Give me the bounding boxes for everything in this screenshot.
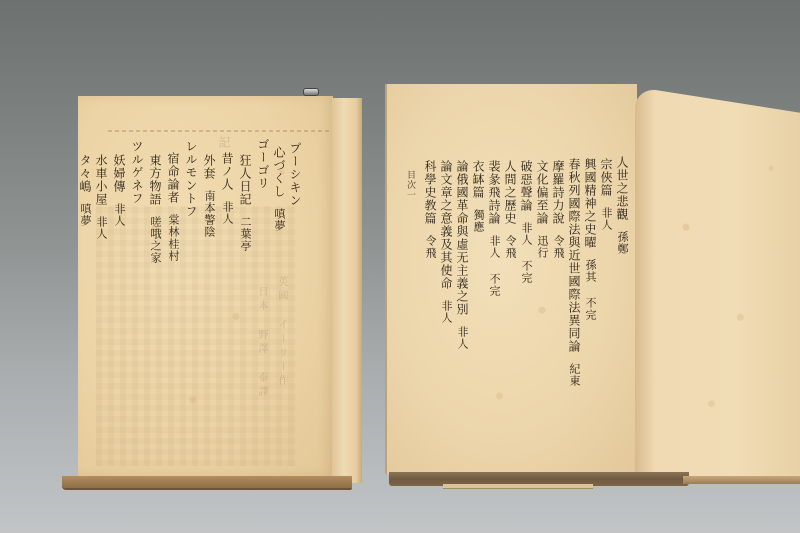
- toc-entry: 宿命論者棠林桂村: [166, 152, 180, 262]
- entry-title: ツルゲネフ: [130, 140, 144, 205]
- toc-entry: 論俄國革命與虛无主義之別非人: [455, 160, 469, 350]
- right-book: 人世之悲觀孫鄭 宗俠篇非人 興國精神之史曜孫其 不完 春秋列國際法與近世國際法異…: [383, 84, 800, 504]
- entry-author: 南本警陰: [203, 190, 216, 238]
- toc-entry: プーシキン: [288, 142, 302, 207]
- toc-entry: 科學史教篇令飛: [423, 160, 437, 259]
- entry-title: レルモントフ: [184, 140, 198, 218]
- right-blank-page: [635, 90, 800, 482]
- entry-title: 東方物語: [148, 154, 162, 206]
- entry-author: 非人: [600, 207, 613, 231]
- toc-entry: 裴彖飛詩論非人 不完: [487, 160, 501, 297]
- entry-title: 昔ノ人: [220, 152, 234, 191]
- entry-author: 令飛: [424, 235, 437, 259]
- foxing-spots: [635, 90, 800, 482]
- entry-author: 孫其 不完: [584, 259, 597, 321]
- entry-title: 論文章之意義及其使命: [439, 160, 453, 290]
- toc-entry: 外套南本警陰: [202, 154, 216, 238]
- entry-author: 非人: [440, 300, 453, 324]
- entry-author: 紀東: [568, 363, 581, 387]
- toc-entry: 春秋列國際法與近世國際法異同論紀東: [567, 158, 581, 387]
- right-page: 人世之悲觀孫鄭 宗俠篇非人 興國精神之史曜孫其 不完 春秋列國際法與近世國際法異…: [385, 84, 637, 474]
- entry-author: 令飛: [552, 235, 565, 259]
- toc-entry: 人間之歷史令飛: [503, 160, 517, 259]
- toc-entry: ゴーゴリ: [256, 138, 270, 190]
- entry-title: 破惡聲論: [519, 160, 533, 212]
- toc-entry: 宗俠篇非人: [599, 158, 613, 231]
- entry-title: 心づくし: [272, 146, 286, 198]
- toc-entry: 東方物語嗟哦之家: [148, 154, 162, 264]
- book-photo-scene: 記 英國 イーリー作 日本 野澤 泰譯 プーシキン 心づくし嗔夢 ゴーゴリ 狂人…: [0, 0, 800, 533]
- left-page-block-edge: [62, 476, 352, 490]
- faint-print-column: 英國 イーリー作: [274, 276, 289, 389]
- entry-title: 人間之歷史: [503, 160, 517, 225]
- entry-title: 妖婦傳: [112, 154, 126, 193]
- entry-title: タ々嶋: [78, 154, 92, 193]
- toc-entry: 心づくし嗔夢: [272, 146, 286, 232]
- entry-title: 狂人日記: [238, 154, 252, 206]
- entry-author: 迅行: [536, 235, 549, 259]
- entry-author: 非人: [221, 201, 234, 225]
- faint-print-column: 日本 野澤 泰譯: [254, 286, 269, 400]
- entry-title: 衣缽篇: [471, 160, 485, 199]
- foxing-spots: [387, 84, 637, 474]
- entry-title: プーシキン: [288, 142, 302, 207]
- toc-entry: 衣缽篇獨應: [471, 160, 485, 233]
- entry-author: 二葉亭: [239, 216, 252, 252]
- right-far-edge: [683, 476, 800, 484]
- entry-author: 嗔夢: [273, 208, 286, 232]
- left-page: 記 英國 イーリー作 日本 野澤 泰譯 プーシキン 心づくし嗔夢 ゴーゴリ 狂人…: [78, 96, 333, 476]
- toc-entry: 破惡聲論非人 不完: [519, 160, 533, 284]
- entry-author: 令飛: [504, 235, 517, 259]
- entry-author: 孫鄭: [616, 231, 629, 255]
- paper-slip: [443, 484, 593, 489]
- toc-entry: 興國精神之史曜孫其 不完: [583, 158, 597, 321]
- entry-author: 非人: [113, 203, 126, 227]
- toc-entry: ツルゲネフ: [130, 140, 144, 205]
- toc-entry: タ々嶋嗔夢: [78, 154, 92, 227]
- toc-entry: 摩羅詩力說令飛: [551, 160, 565, 259]
- entry-title: 宗俠篇: [599, 158, 613, 197]
- entry-title: 宿命論者: [166, 152, 180, 204]
- toc-entry: 論文章之意義及其使命非人: [439, 160, 453, 324]
- entry-title: ゴーゴリ: [256, 138, 270, 190]
- entry-title: 人世之悲觀: [615, 156, 629, 221]
- toc-entry: 文化偏至論迅行: [535, 160, 549, 259]
- entry-author: 棠林桂村: [167, 214, 180, 262]
- entry-title: 裴彖飛詩論: [487, 160, 501, 225]
- spine-clip: [303, 88, 319, 96]
- toc-entry: 人世之悲觀孫鄭: [615, 156, 629, 255]
- toc-entry: 狂人日記二葉亭: [238, 154, 252, 252]
- entry-title: 摩羅詩力說: [551, 160, 565, 225]
- entry-author: 非人 不完: [488, 235, 501, 297]
- entry-title: 外套: [202, 154, 216, 180]
- left-book: 記 英國 イーリー作 日本 野澤 泰譯 プーシキン 心づくし嗔夢 ゴーゴリ 狂人…: [60, 96, 360, 494]
- entry-title: 科學史教篇: [423, 160, 437, 225]
- entry-author: 嗟哦之家: [149, 216, 162, 264]
- toc-entry: 妖婦傳非人: [112, 154, 126, 227]
- entry-author: 非人: [456, 326, 469, 350]
- entry-title: 水車小屋: [94, 154, 108, 206]
- faint-print-rule: [108, 130, 338, 132]
- left-gutter-fold: [332, 98, 362, 483]
- toc-entry: 水車小屋非人: [94, 154, 108, 240]
- entry-title: 春秋列國際法與近世國際法異同論: [567, 158, 581, 353]
- entry-title: 論俄國革命與虛无主義之別: [455, 160, 469, 316]
- entry-author: 嗔夢: [79, 203, 92, 227]
- toc-entry: 昔ノ人非人: [220, 152, 234, 225]
- entry-author: 獨應: [472, 209, 485, 233]
- entry-title: 文化偏至論: [535, 160, 549, 225]
- toc-entry: レルモントフ: [184, 140, 198, 218]
- entry-title: 興國精神之史曜: [583, 158, 597, 249]
- entry-author: 非人: [95, 216, 108, 240]
- page-footer: 目次一: [403, 170, 417, 200]
- entry-author: 非人 不完: [520, 222, 533, 284]
